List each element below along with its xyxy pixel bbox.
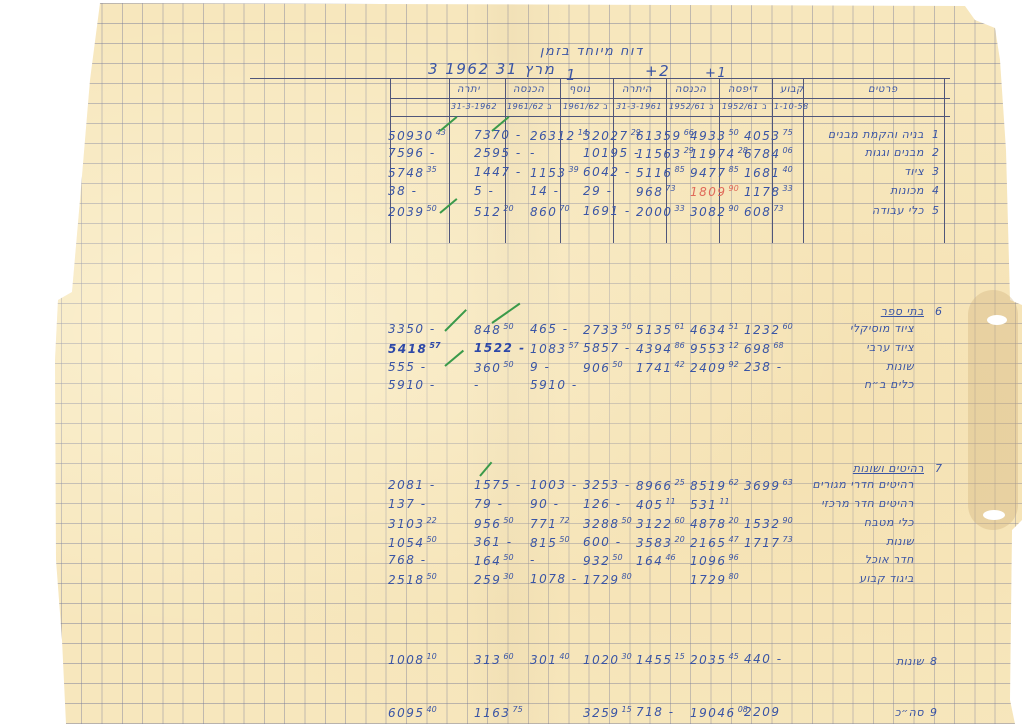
amount: 968 <box>636 185 663 199</box>
amount-cents: - <box>415 360 426 374</box>
amount: 1003 <box>530 478 567 492</box>
column-header: יתרה <box>457 84 480 95</box>
amount-cents: - <box>567 572 578 586</box>
amount: 956 <box>474 517 501 531</box>
ledger-cell: 273350 <box>583 322 632 337</box>
section-heading: סה״כ <box>895 706 924 719</box>
amount: 5 <box>474 184 483 198</box>
amount-cents: 33 <box>675 204 685 213</box>
amount-cents: 50 <box>503 516 513 525</box>
ledger-cell: 30140 <box>530 652 570 667</box>
ledger-cell: 3350 - <box>388 322 436 336</box>
amount-cents: - <box>548 184 559 198</box>
row-label: בניה והקמת מבנים <box>828 128 924 141</box>
amount: 932 <box>583 554 610 568</box>
amount: 2039 <box>388 205 425 219</box>
ledger-cell: 96873 <box>636 184 676 199</box>
row-label: שונות <box>886 360 914 373</box>
ledger-cell: 7596 - <box>388 146 436 160</box>
ledger-cell: 90650 <box>583 360 623 375</box>
amount: 848 <box>474 323 501 337</box>
amount-cents: 90 <box>729 184 739 193</box>
ledger-cell: 251850 <box>388 572 437 587</box>
amount-cents: 85 <box>675 165 685 174</box>
ledger-cell: 947785 <box>690 165 739 180</box>
ledger-cell: 493350 <box>690 128 739 143</box>
amount: 32027 <box>583 129 629 143</box>
amount: 11563 <box>636 147 682 161</box>
ledger-cell: 16446 <box>636 553 676 568</box>
amount-cents: - <box>415 553 426 567</box>
mark-3: +1 <box>705 66 727 81</box>
amount-cents: - <box>771 360 782 374</box>
ledger-cell: 10195 - <box>583 146 640 160</box>
amount: 1532 <box>744 517 781 531</box>
ledger-cell: 310322 <box>388 516 437 531</box>
row-label: ביגוד קבוע <box>859 572 914 585</box>
amount: 771 <box>530 517 557 531</box>
amount-cents: 80 <box>622 572 632 581</box>
amount-cents: 11 <box>665 497 675 506</box>
amount-cents: - <box>567 478 578 492</box>
ledger-cell: 600 - <box>583 535 622 549</box>
amount: 126 <box>583 497 610 511</box>
amount-cents: - <box>511 478 522 492</box>
amount-cents: - <box>620 341 631 355</box>
row-label: חדר אוכל <box>865 553 914 566</box>
amount-cents: 57 <box>429 341 440 350</box>
amount-cents: - <box>483 184 494 198</box>
amount-cents: 60 <box>783 322 793 331</box>
amount: 11974 <box>690 147 736 161</box>
amount: 360 <box>474 361 501 375</box>
section-number: 8 <box>930 655 938 668</box>
amount: 14 <box>530 184 548 198</box>
ledger-cell: 511685 <box>636 165 685 180</box>
amount: 2209 <box>744 705 781 719</box>
column-header: דיפסה <box>728 84 757 95</box>
amount-cents: 33 <box>783 184 793 193</box>
ledger-cell: 105450 <box>388 535 437 550</box>
ledger-cell: 361 - <box>474 535 513 549</box>
column-date: 1-10-58 <box>774 102 809 111</box>
ledger-cell: 40511 <box>636 497 676 512</box>
amount: 440 <box>744 652 771 666</box>
header-bottom-rule <box>390 116 950 117</box>
amount-cents: 57 <box>569 341 579 350</box>
ledger-cell: 180990 <box>690 184 739 199</box>
column-header: היתרה <box>622 84 652 95</box>
ledger-cell: 541857 <box>388 341 441 356</box>
amount-cents: 90 <box>729 204 739 213</box>
mark-2: +2 <box>645 62 670 80</box>
amount-cents: 40 <box>559 652 569 661</box>
amount: 465 <box>530 322 557 336</box>
amount: 698 <box>744 342 771 356</box>
amount: 26312 <box>530 129 576 143</box>
amount: 2518 <box>388 573 425 587</box>
amount: 4634 <box>690 323 727 337</box>
amount-cents: 60 <box>675 516 685 525</box>
amount: 259 <box>474 573 501 587</box>
amount: 6095 <box>388 706 425 720</box>
amount: 1455 <box>636 653 673 667</box>
amount-cents: - <box>610 535 621 549</box>
amount-cents: 30 <box>622 652 632 661</box>
ledger-cell: 117833 <box>744 184 793 199</box>
amount: 555 <box>388 360 415 374</box>
amount-cents: 92 <box>729 360 739 369</box>
header-top-rule <box>250 78 950 79</box>
amount: 50930 <box>388 129 434 143</box>
amount-cents: 72 <box>559 516 569 525</box>
amount: 3082 <box>690 205 727 219</box>
ledger-cell: 465 - <box>530 322 569 336</box>
amount: 1522 <box>474 341 513 355</box>
amount-cents: - <box>557 322 568 336</box>
ledger-cell: 6042 - <box>583 165 631 179</box>
amount-cents: 20 <box>503 204 513 213</box>
amount-cents: 75 <box>513 705 523 714</box>
amount-cents: - <box>620 165 631 179</box>
ledger-cell: 174142 <box>636 360 685 375</box>
amount: 1729 <box>583 573 620 587</box>
amount: 3253 <box>583 478 620 492</box>
column-date: 1952/61 ב <box>722 102 767 111</box>
amount-cents: 73 <box>665 184 675 193</box>
amount: 1020 <box>583 653 620 667</box>
amount: 5135 <box>636 323 673 337</box>
ledger-cell: 168140 <box>744 165 793 180</box>
amount: 9477 <box>690 166 727 180</box>
amount: 906 <box>583 361 610 375</box>
amount-cents: - <box>511 128 522 142</box>
amount-cents: 86 <box>675 341 685 350</box>
ledger-cell: 312260 <box>636 516 685 531</box>
amount: 1717 <box>744 536 781 550</box>
amount: 2081 <box>388 478 425 492</box>
amount: 9 <box>530 360 539 374</box>
column-date: 31-3-1961 <box>616 102 662 111</box>
amount-cents: - <box>620 478 631 492</box>
amount-cents: - <box>620 204 631 218</box>
amount: 1681 <box>744 166 781 180</box>
ledger-cell: 2631214 <box>530 128 588 143</box>
ledger-cell: 60873 <box>744 204 784 219</box>
ledger-cell: 79 - <box>474 497 503 511</box>
amount: 1691 <box>583 204 620 218</box>
ledger-cell: 100810 <box>388 652 437 667</box>
row-label: ציוד מוסיקלי <box>850 322 914 335</box>
column-header: נוסף <box>569 84 591 95</box>
ledger-cell: 145515 <box>636 652 685 667</box>
ledger-cell: 200033 <box>636 204 685 219</box>
ledger-cell: 95650 <box>474 516 514 531</box>
ledger-cell: 81550 <box>530 535 570 550</box>
amount: 405 <box>636 498 663 512</box>
punch-hole-top <box>987 315 1007 325</box>
ledger-cell: - <box>530 553 536 567</box>
amount: 1078 <box>530 572 567 586</box>
amount: 313 <box>474 653 501 667</box>
amount: 1447 <box>474 165 511 179</box>
amount-cents: 51 <box>729 322 739 331</box>
ledger-cell: 1904608 <box>690 705 748 720</box>
amount: - <box>530 553 536 567</box>
row-label: ציוד <box>904 165 924 178</box>
amount: 860 <box>530 205 557 219</box>
ledger-cell: 53111 <box>690 497 730 512</box>
amount: 7596 <box>388 146 425 160</box>
document-title: דוח מיוחד בזמן <box>540 44 644 59</box>
mark-1: 1 <box>566 66 577 84</box>
amount: 1741 <box>636 361 673 375</box>
ledger-cell: 238 - <box>744 360 783 374</box>
amount: 608 <box>744 205 771 219</box>
amount-cents: - <box>610 497 621 511</box>
amount: 768 <box>388 553 415 567</box>
ledger-cell: 86070 <box>530 204 570 219</box>
column-date: 1961/62 ב <box>507 102 552 111</box>
amount: 2000 <box>636 205 673 219</box>
ledger-cell: 574835 <box>388 165 437 180</box>
amount-cents: 50 <box>612 553 622 562</box>
ledger-cell: 84850 <box>474 322 514 337</box>
ledger-cell: 108357 <box>530 341 579 356</box>
amount: 4394 <box>636 342 673 356</box>
amount-cents: 39 <box>569 165 579 174</box>
section-number: 9 <box>930 706 938 719</box>
ledger-cell: 5857 - <box>583 341 631 355</box>
amount-cents: 50 <box>559 535 569 544</box>
amount: 238 <box>744 360 771 374</box>
amount-cents: - <box>501 535 512 549</box>
amount-cents: 50 <box>612 360 622 369</box>
amount-cents: 46 <box>665 553 675 562</box>
ledger-cell: 328850 <box>583 516 632 531</box>
amount: - <box>474 378 480 392</box>
ledger-cell: 172980 <box>583 572 632 587</box>
amount: 1232 <box>744 323 781 337</box>
amount-cents: 50 <box>622 322 632 331</box>
amount-cents: 62 <box>729 478 739 487</box>
amount: 361 <box>474 535 501 549</box>
ledger-cell: 3202729 <box>583 128 641 143</box>
section-number: 7 <box>935 462 943 475</box>
ledger-cell: 36050 <box>474 360 514 375</box>
ledger-cell: 93250 <box>583 553 623 568</box>
amount-cents: - <box>425 478 436 492</box>
amount-cents: 40 <box>783 165 793 174</box>
amount-cents: 68 <box>773 341 783 350</box>
ledger-cell: - <box>530 146 536 160</box>
amount: 3699 <box>744 479 781 493</box>
ledger-cell: 109696 <box>690 553 739 568</box>
amount-cents: 50 <box>503 553 513 562</box>
ledger-cell: 2595 - <box>474 146 522 160</box>
amount-cents: 80 <box>729 572 739 581</box>
amount-cents: 28 <box>738 146 748 155</box>
amount: 1083 <box>530 342 567 356</box>
ledger-cell: 153290 <box>744 516 793 531</box>
ledger-cell: 69868 <box>744 341 784 356</box>
amount-cents: 25 <box>675 478 685 487</box>
amount-cents: - <box>771 652 782 666</box>
row-label: ציוד ערבי <box>866 341 914 354</box>
ledger-cell: - <box>474 378 480 392</box>
amount-cents: 66 <box>684 128 694 137</box>
amount-cents: 47 <box>729 535 739 544</box>
ledger-cell: 216547 <box>690 535 739 550</box>
amount: 2733 <box>583 323 620 337</box>
amount: 61359 <box>636 129 682 143</box>
amount: 718 <box>636 705 663 719</box>
amount: 2409 <box>690 361 727 375</box>
amount-cents: - <box>425 378 436 392</box>
amount: 1178 <box>744 185 781 199</box>
amount-cents: 35 <box>427 165 437 174</box>
ledger-cell: 5910 - <box>530 378 578 392</box>
ledger-cell: 1078 - <box>530 572 578 586</box>
amount: 600 <box>583 535 610 549</box>
amount: 3288 <box>583 517 620 531</box>
amount: 90 <box>530 497 548 511</box>
amount-cents: 29 <box>631 128 641 137</box>
amount-cents: 06 <box>783 146 793 155</box>
ledger-cell: 955312 <box>690 341 739 356</box>
row-number: 2 <box>932 146 940 159</box>
ledger-cell: 718 - <box>636 705 675 719</box>
col-divider <box>944 78 945 243</box>
column-date: 1952/61 ב <box>669 102 714 111</box>
ledger-cell: 16450 <box>474 553 514 568</box>
row-label: מכונות <box>890 184 924 197</box>
amount: 3350 <box>388 322 425 336</box>
section-heading: רהיטים ושונות <box>853 462 924 475</box>
amount-cents: 14 <box>578 128 588 137</box>
ledger-cell: 1447 - <box>474 165 522 179</box>
amount-cents: 90 <box>783 516 793 525</box>
ledger-cell: 31360 <box>474 652 514 667</box>
amount-cents: 15 <box>675 652 685 661</box>
amount: 38 <box>388 184 406 198</box>
ledger-cell: 369963 <box>744 478 793 493</box>
amount-cents: - <box>425 322 436 336</box>
amount: 1096 <box>690 554 727 568</box>
amount-cents: 61 <box>675 322 685 331</box>
amount-cents: 60 <box>503 652 513 661</box>
ledger-cell: 123260 <box>744 322 793 337</box>
ledger-cell: 513561 <box>636 322 685 337</box>
ledger-cell: 25930 <box>474 572 514 587</box>
amount: 3583 <box>636 536 673 550</box>
amount-cents: - <box>601 184 612 198</box>
ledger-cell: 29 - <box>583 184 612 198</box>
amount-cents: 15 <box>622 705 632 714</box>
ledger-cell: 439486 <box>636 341 685 356</box>
amount-cents: 40 <box>427 705 437 714</box>
amount-cents: 45 <box>729 652 739 661</box>
amount-cents: 29 <box>684 146 694 155</box>
ledger-cell: 358320 <box>636 535 685 550</box>
section-number: 6 <box>935 305 943 318</box>
column-header: פרטים <box>868 84 898 95</box>
punch-hole-bottom <box>983 510 1005 520</box>
amount-cents: 50 <box>729 128 739 137</box>
section-heading: בתי ספר <box>881 305 924 318</box>
amount: 815 <box>530 536 557 550</box>
amount: 10195 <box>583 146 629 160</box>
row-number: 1 <box>932 128 940 141</box>
ledger-cell: 77172 <box>530 516 570 531</box>
row-number: 5 <box>932 204 940 217</box>
amount: 5910 <box>530 378 567 392</box>
amount-cents: 73 <box>773 204 783 213</box>
amount-cents: 50 <box>622 516 632 525</box>
amount-cents: 42 <box>675 360 685 369</box>
amount: 8966 <box>636 479 673 493</box>
ledger-cell: 2209 <box>744 705 781 719</box>
row-label: כלי עבודה <box>872 204 924 217</box>
amount: 9553 <box>690 342 727 356</box>
amount-cents: 96 <box>729 553 739 562</box>
amount-cents: - <box>511 146 522 160</box>
amount-cents: - <box>406 184 417 198</box>
amount: 1809 <box>690 185 727 199</box>
amount: 1729 <box>690 573 727 587</box>
amount-cents: 50 <box>427 572 437 581</box>
row-label: כלים ב״ח <box>864 378 914 391</box>
section-heading: שונות <box>896 655 924 668</box>
amount-cents: 11 <box>719 497 729 506</box>
ledger-cell: 1575 - <box>474 478 522 492</box>
amount: 1008 <box>388 653 425 667</box>
ledger-cell: 5910 - <box>388 378 436 392</box>
amount-cents: - <box>539 360 550 374</box>
amount-cents: - <box>513 341 525 355</box>
ledger-cell: 555 - <box>388 360 427 374</box>
amount: 3122 <box>636 517 673 531</box>
amount: 4878 <box>690 517 727 531</box>
ledger-cell: 9 - <box>530 360 550 374</box>
amount-cents: 85 <box>729 165 739 174</box>
col-divider <box>613 78 614 243</box>
amount: 3103 <box>388 517 425 531</box>
amount: 5857 <box>583 341 620 355</box>
ledger-cell: 203545 <box>690 652 739 667</box>
ledger-cell: 1691 - <box>583 204 631 218</box>
amount: 2595 <box>474 146 511 160</box>
amount: 19046 <box>690 706 736 720</box>
document-date-note: 3 1962 מרץ 31 <box>428 60 555 78</box>
amount-cents: - <box>567 378 578 392</box>
amount: 2165 <box>690 536 727 550</box>
amount: 4933 <box>690 129 727 143</box>
amount: 5116 <box>636 166 673 180</box>
amount: - <box>530 146 536 160</box>
row-label: שונות <box>886 535 914 548</box>
amount: 531 <box>690 498 717 512</box>
ledger-cell: 38 - <box>388 184 417 198</box>
amount: 3259 <box>583 706 620 720</box>
amount: 1153 <box>530 166 567 180</box>
column-header: הכנסה <box>675 84 706 95</box>
amount: 79 <box>474 497 492 511</box>
amount: 6784 <box>744 147 781 161</box>
row-number: 4 <box>932 184 940 197</box>
amount: 6042 <box>583 165 620 179</box>
amount-cents: 73 <box>783 535 793 544</box>
